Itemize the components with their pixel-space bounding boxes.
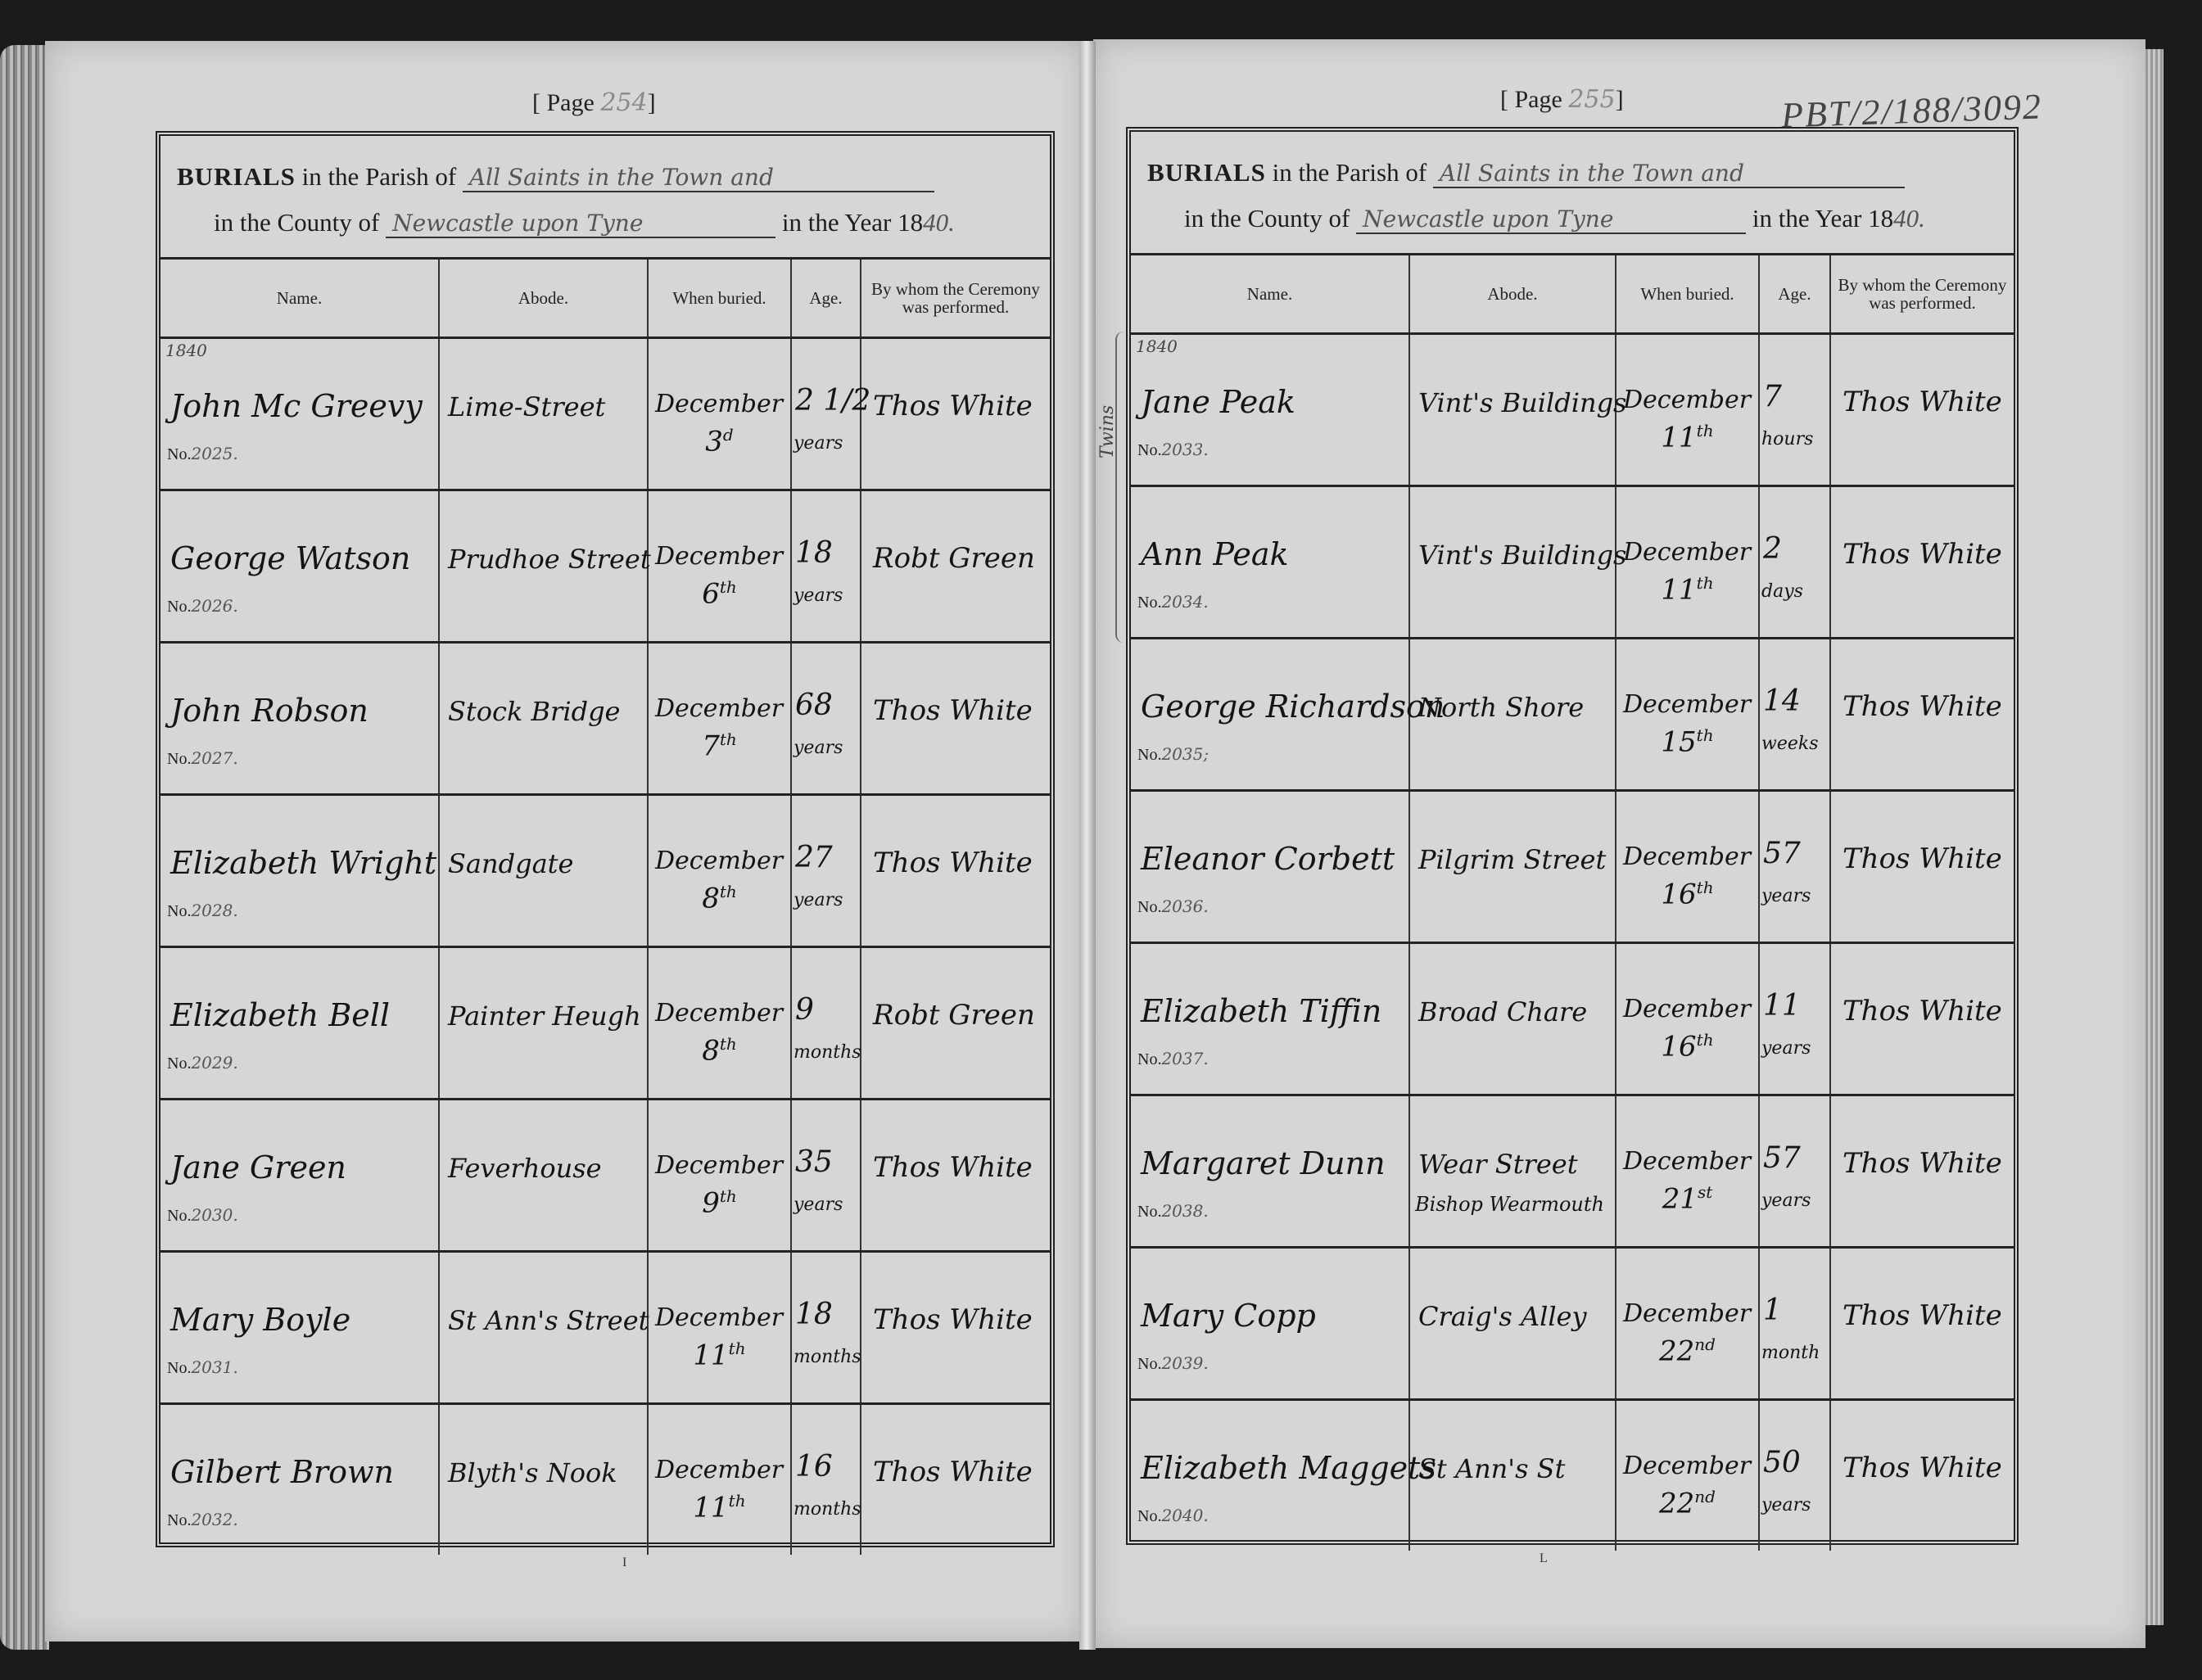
entry-number: No.2036. (1137, 896, 1209, 917)
entry-no-value: 2030. (191, 1205, 237, 1225)
abode-value: Broad Chare (1418, 996, 1587, 1027)
when-buried-cell: December 16th (1616, 791, 1759, 943)
deceased-name: Eleanor Corbett (1141, 841, 1395, 877)
deceased-name: George Watson (170, 540, 410, 576)
age-value: 50 (1763, 1446, 1801, 1479)
day-suffix: th (720, 1034, 737, 1054)
abode-cell: Stock Bridge (439, 643, 648, 795)
entry-no-value: 2038. (1161, 1201, 1208, 1221)
abode-cell: Sandgate (439, 795, 648, 947)
day-suffix: th (720, 577, 737, 597)
day-number: 21 (1662, 1182, 1698, 1215)
column-header-name: Name. (161, 259, 439, 338)
burial-month: December (655, 694, 783, 723)
abode-value: Pilgrim Street (1418, 844, 1606, 875)
left-footer-mark: I (622, 1556, 626, 1570)
abode-cell: Painter Heugh (439, 947, 648, 1100)
burial-month: December (655, 1151, 783, 1180)
name-cell: Elizabeth Maggets No.2040. (1131, 1400, 1409, 1551)
entry-number: No.2030. (167, 1205, 238, 1226)
officiant-name: Thos White (1843, 1147, 2002, 1180)
deceased-name: John Robson (170, 693, 369, 729)
county-line: in the County of Newcastle upon Tyne in … (214, 208, 955, 238)
left-page-number: [ Page 254] (532, 88, 656, 117)
book-page-edges-right (2145, 49, 2164, 1625)
table-row: Margaret Dunn No.2038. Wear Street Bisho… (1131, 1095, 2014, 1248)
age-unit: weeks (1761, 734, 1819, 754)
officiant-name: Thos White (1843, 842, 2002, 875)
age-cell: 27 years (791, 795, 861, 947)
abode-value: Wear Street (1418, 1149, 1578, 1180)
entry-no-value: 2034. (1161, 592, 1208, 612)
age-value: 35 (795, 1145, 833, 1179)
entry-no-prefix: No. (167, 1055, 191, 1073)
deceased-name: George Richardson (1141, 689, 1445, 725)
age-cell: 11 years (1759, 943, 1830, 1095)
entry-number: No.2039. (1137, 1353, 1209, 1374)
age-unit: months (794, 1499, 861, 1520)
officiant-name: Robt Green (873, 999, 1035, 1032)
entry-no-value: 2029. (191, 1053, 237, 1073)
when-buried-cell: December 11th (1616, 334, 1759, 486)
officiant-cell: Thos White (1830, 791, 2014, 943)
age-value: 68 (795, 689, 833, 722)
day-number: 3 (705, 425, 723, 458)
officiant-cell: Thos White (861, 1100, 1050, 1252)
burial-month: December (1623, 1452, 1751, 1480)
age-value: 57 (1763, 837, 1801, 870)
officiant-name: Thos White (873, 390, 1033, 422)
entry-no-prefix: No. (1137, 746, 1161, 764)
day-number: 6 (702, 577, 720, 610)
margin-note-twins: Twins (1097, 405, 1118, 458)
table-header-row: Name. Abode. When buried. Age. By whom t… (1131, 255, 2014, 334)
deceased-name: Jane Green (170, 1149, 346, 1185)
day-suffix: th (729, 1491, 746, 1511)
column-header-when-buried: When buried. (648, 259, 791, 338)
abode-cell: Feverhouse (439, 1100, 648, 1252)
day-number: 22 (1659, 1487, 1694, 1520)
abode-cell: North Shore (1409, 639, 1616, 791)
officiant-name: Thos White (1843, 995, 2002, 1027)
age-cell: 7 hours (1759, 334, 1830, 486)
entry-number: No.2034. (1137, 592, 1209, 612)
entry-number: No.2031. (167, 1357, 238, 1378)
day-suffix: nd (1694, 1335, 1716, 1354)
abode-value: St Ann's St (1418, 1453, 1565, 1484)
entry-no-prefix: No. (1137, 594, 1161, 612)
page-label: [ Page (1500, 86, 1562, 113)
year-prefix: in the Year 18 (782, 208, 923, 237)
abode-value: Stock Bridge (448, 696, 620, 727)
burial-month: December (1623, 1299, 1751, 1328)
name-cell: Elizabeth Bell No.2029. (161, 947, 439, 1100)
officiant-cell: Thos White (1830, 334, 2014, 486)
when-buried-cell: December 11th (648, 1404, 791, 1556)
day-suffix: th (720, 882, 737, 901)
entry-no-value: 2026. (191, 596, 237, 616)
page-close: ] (1616, 86, 1624, 113)
table-row: Elizabeth Wright No.2028. Sandgate Decem… (161, 795, 1050, 947)
burials-label: BURIALS (177, 162, 296, 191)
age-cell: 16 months (791, 1404, 861, 1556)
entry-no-value: 2035; (1161, 744, 1209, 764)
entry-number: No.2025. (167, 444, 238, 464)
register-heading: BURIALS in the Parish of All Saints in t… (1131, 132, 2014, 255)
burial-month: December (1623, 538, 1751, 567)
table-row: Gilbert Brown No.2032. Blyth's Nook Dece… (161, 1404, 1050, 1556)
burial-day: 11th (649, 1491, 790, 1524)
day-number: 9 (702, 1186, 720, 1219)
burial-day: 15th (1616, 725, 1758, 758)
officiant-cell: Thos White (861, 1252, 1050, 1404)
officiant-name: Thos White (1843, 1299, 2002, 1332)
age-value: 14 (1763, 684, 1801, 718)
entry-number: No.2027. (167, 748, 238, 769)
entry-no-value: 2027. (191, 748, 237, 768)
parish-line: BURIALS in the Parish of All Saints in t… (1147, 158, 1905, 188)
left-register-frame: BURIALS in the Parish of All Saints in t… (156, 131, 1055, 1547)
county-value: Newcastle upon Tyne (1356, 205, 1746, 234)
deceased-name: John Mc Greevy (170, 388, 423, 424)
officiant-cell: Thos White (1830, 943, 2014, 1095)
year-mark: 1840 (1136, 336, 1178, 356)
day-number: 22 (1659, 1335, 1694, 1367)
officiant-name: Thos White (1843, 1452, 2002, 1484)
abode-value: North Shore (1418, 692, 1584, 723)
burial-day: 3d (649, 425, 790, 458)
name-cell: Mary Boyle No.2031. (161, 1252, 439, 1404)
name-cell: 1840 Jane Peak No.2033. (1131, 334, 1409, 486)
parish-prefix: in the Parish of (302, 162, 457, 191)
age-cell: 2 days (1759, 486, 1830, 639)
entry-no-prefix: No. (167, 750, 191, 768)
abode-value: Craig's Alley (1418, 1301, 1587, 1332)
day-number: 11 (1661, 573, 1696, 606)
entry-number: No.2032. (167, 1510, 238, 1530)
officiant-name: Thos White (873, 694, 1033, 727)
page-number-value: 254 (600, 88, 647, 117)
entry-number: No.2028. (167, 901, 238, 921)
day-number: 8 (702, 1034, 720, 1067)
burial-day: 11th (649, 1339, 790, 1371)
name-cell: Margaret Dunn No.2038. (1131, 1095, 1409, 1248)
age-value: 27 (795, 841, 833, 874)
abode-cell: Wear Street Bishop Wearmouth (1409, 1095, 1616, 1248)
name-cell: Eleanor Corbett No.2036. (1131, 791, 1409, 943)
entry-number: No.2038. (1137, 1201, 1209, 1222)
officiant-cell: Thos White (1830, 639, 2014, 791)
deceased-name: Elizabeth Bell (170, 997, 390, 1033)
abode-cell: Vint's Buildings (1409, 334, 1616, 486)
officiant-name: Thos White (873, 1303, 1033, 1336)
age-unit: hours (1761, 429, 1813, 449)
burial-day: 22nd (1616, 1487, 1758, 1520)
column-header-officiant: By whom the Ceremony was performed. (1830, 255, 2014, 334)
column-header-abode: Abode. (1409, 255, 1616, 334)
age-cell: 1 month (1759, 1248, 1830, 1400)
name-cell: John Robson No.2027. (161, 643, 439, 795)
age-unit: years (794, 433, 843, 454)
page-number-value: 255 (1568, 85, 1615, 114)
age-cell: 9 months (791, 947, 861, 1100)
age-unit: years (1761, 1495, 1811, 1515)
column-header-age: Age. (1759, 255, 1830, 334)
county-line: in the County of Newcastle upon Tyne in … (1184, 204, 1925, 234)
burial-month: December (655, 542, 783, 571)
deceased-name: Margaret Dunn (1141, 1145, 1386, 1181)
age-unit: years (1761, 1038, 1811, 1059)
name-cell: Elizabeth Wright No.2028. (161, 795, 439, 947)
entry-no-prefix: No. (1137, 898, 1161, 916)
age-value: 1 (1763, 1294, 1782, 1327)
burial-day: 16th (1616, 1030, 1758, 1063)
parish-value: All Saints in the Town and (1433, 160, 1905, 188)
name-cell: 1840 John Mc Greevy No.2025. (161, 338, 439, 490)
burial-month: December (655, 999, 783, 1027)
when-buried-cell: December 8th (648, 795, 791, 947)
age-unit: days (1761, 581, 1803, 602)
burial-month: December (1623, 995, 1751, 1023)
abode-value: Painter Heugh (448, 1000, 641, 1032)
entry-no-value: 2040. (1161, 1506, 1208, 1525)
age-value: 18 (795, 1298, 833, 1331)
name-cell: George Watson No.2026. (161, 490, 439, 643)
day-number: 16 (1661, 878, 1696, 910)
day-suffix: th (1697, 573, 1714, 593)
age-value: 11 (1763, 989, 1801, 1023)
entry-no-prefix: No. (1137, 1203, 1161, 1221)
abode-cell: Craig's Alley (1409, 1248, 1616, 1400)
day-number: 15 (1661, 725, 1696, 758)
officiant-cell: Thos White (861, 1404, 1050, 1556)
table-row: Mary Boyle No.2031. St Ann's Street Dece… (161, 1252, 1050, 1404)
table-row: Jane Green No.2030. Feverhouse December … (161, 1100, 1050, 1252)
abode-value: Vint's Buildings (1418, 387, 1626, 418)
parish-line: BURIALS in the Parish of All Saints in t… (177, 162, 934, 192)
table-row: 1840 Jane Peak No.2033. Vint's Buildings… (1131, 334, 2014, 486)
deceased-name: Mary Copp (1141, 1298, 1316, 1334)
burial-month: December (1623, 842, 1751, 871)
register-heading: BURIALS in the Parish of All Saints in t… (161, 136, 1050, 259)
county-value: Newcastle upon Tyne (386, 210, 775, 238)
age-value: 7 (1763, 380, 1782, 413)
burial-month: December (1623, 690, 1751, 719)
age-value: 57 (1763, 1141, 1801, 1175)
officiant-name: Thos White (1843, 690, 2002, 723)
age-unit: years (794, 738, 843, 758)
officiant-name: Thos White (873, 1456, 1033, 1488)
burial-month: December (1623, 1147, 1751, 1176)
burial-day: 11th (1616, 421, 1758, 454)
entry-no-prefix: No. (1137, 1050, 1161, 1068)
name-cell: Jane Green No.2030. (161, 1100, 439, 1252)
deceased-name: Elizabeth Maggets (1141, 1450, 1436, 1486)
entry-no-prefix: No. (1137, 1507, 1161, 1525)
when-buried-cell: December 22nd (1616, 1400, 1759, 1551)
age-cell: 50 years (1759, 1400, 1830, 1551)
age-unit: years (1761, 1190, 1811, 1211)
when-buried-cell: December 9th (648, 1100, 791, 1252)
abode-line-2: Bishop Wearmouth (1415, 1193, 1604, 1216)
entry-no-prefix: No. (167, 1207, 191, 1225)
entry-number: No.2033. (1137, 440, 1209, 460)
age-value: 2 1/2 (795, 384, 870, 418)
entry-no-prefix: No. (167, 1511, 191, 1529)
burials-label: BURIALS (1147, 158, 1266, 187)
officiant-cell: Robt Green (861, 947, 1050, 1100)
age-cell: 18 years (791, 490, 861, 643)
day-number: 8 (702, 882, 720, 915)
when-buried-cell: December 15th (1616, 639, 1759, 791)
abode-value: St Ann's Street (448, 1305, 649, 1336)
column-header-abode: Abode. (439, 259, 648, 338)
abode-value: Lime-Street (448, 391, 605, 422)
burial-day: 9th (649, 1186, 790, 1219)
column-header-officiant: By whom the Ceremony was performed. (861, 259, 1050, 338)
year-mark: 1840 (165, 341, 207, 360)
age-unit: years (794, 890, 843, 910)
age-cell: 57 years (1759, 791, 1830, 943)
age-cell: 18 months (791, 1252, 861, 1404)
age-unit: years (1761, 886, 1811, 906)
entry-no-value: 2036. (1161, 896, 1208, 916)
page-close: ] (648, 89, 656, 116)
table-row: Elizabeth Maggets No.2040. St Ann's St D… (1131, 1400, 2014, 1551)
when-buried-cell: December 11th (1616, 486, 1759, 639)
officiant-name: Thos White (873, 847, 1033, 879)
abode-value: Sandgate (448, 848, 573, 879)
name-cell: Elizabeth Tiffin No.2037. (1131, 943, 1409, 1095)
entry-no-prefix: No. (167, 598, 191, 616)
deceased-name: Jane Peak (1141, 384, 1295, 420)
table-header-row: Name. Abode. When buried. Age. By whom t… (161, 259, 1050, 338)
abode-cell: Lime-Street (439, 338, 648, 490)
table-row: Elizabeth Bell No.2029. Painter Heugh De… (161, 947, 1050, 1100)
entry-no-value: 2037. (1161, 1049, 1208, 1068)
name-cell: Mary Copp No.2039. (1131, 1248, 1409, 1400)
name-cell: George Richardson No.2035; (1131, 639, 1409, 791)
when-buried-cell: December 16th (1616, 943, 1759, 1095)
entry-no-value: 2025. (191, 444, 237, 463)
age-value: 2 (1763, 532, 1782, 566)
day-suffix: d (723, 425, 734, 445)
day-suffix: th (1697, 725, 1714, 745)
abode-value: Vint's Buildings (1418, 540, 1626, 571)
abode-cell: Broad Chare (1409, 943, 1616, 1095)
officiant-cell: Thos White (861, 643, 1050, 795)
burial-month: December (1623, 386, 1751, 414)
day-number: 11 (693, 1491, 728, 1524)
officiant-name: Robt Green (873, 542, 1035, 575)
twins-brace (1115, 332, 1125, 643)
burial-month: December (655, 1303, 783, 1332)
age-unit: months (794, 1347, 861, 1367)
parish-prefix: in the Parish of (1273, 158, 1427, 187)
officiant-cell: Thos White (1830, 486, 2014, 639)
abode-cell: Vint's Buildings (1409, 486, 1616, 639)
burial-day: 8th (649, 1034, 790, 1067)
officiant-name: Thos White (873, 1151, 1033, 1184)
table-row: Mary Copp No.2039. Craig's Alley Decembe… (1131, 1248, 2014, 1400)
table-row: John Robson No.2027. Stock Bridge Decemb… (161, 643, 1050, 795)
age-value: 18 (795, 536, 833, 570)
table-row: 1840 John Mc Greevy No.2025. Lime-Street… (161, 338, 1050, 490)
burial-register-table: Name. Abode. When buried. Age. By whom t… (1131, 253, 2014, 1551)
entry-no-value: 2032. (191, 1510, 237, 1529)
day-number: 11 (1661, 421, 1696, 454)
table-row: George Watson No.2026. Prudhoe Street De… (161, 490, 1050, 643)
burial-month: December (655, 847, 783, 875)
age-unit: months (794, 1042, 861, 1063)
burial-day: 11th (1616, 573, 1758, 606)
right-page-number: [ Page 255] (1500, 85, 1624, 114)
day-suffix: st (1698, 1182, 1712, 1202)
table-row: George Richardson No.2035; North Shore D… (1131, 639, 2014, 791)
entry-number: No.2026. (167, 596, 238, 616)
column-header-when-buried: When buried. (1616, 255, 1759, 334)
entry-no-value: 2028. (191, 901, 237, 920)
day-number: 16 (1661, 1030, 1696, 1063)
age-value: 16 (795, 1450, 833, 1484)
age-cell: 14 weeks (1759, 639, 1830, 791)
burial-day: 6th (649, 577, 790, 610)
age-unit: years (794, 585, 843, 606)
when-buried-cell: December 22nd (1616, 1248, 1759, 1400)
burial-day: 21st (1616, 1182, 1758, 1215)
parish-value: All Saints in the Town and (463, 164, 934, 192)
officiant-name: Thos White (1843, 538, 2002, 571)
when-buried-cell: December 21st (1616, 1095, 1759, 1248)
table-row: Eleanor Corbett No.2036. Pilgrim Street … (1131, 791, 2014, 943)
name-cell: Gilbert Brown No.2032. (161, 1404, 439, 1556)
entry-no-prefix: No. (1137, 441, 1161, 459)
day-number: 7 (702, 729, 720, 762)
officiant-cell: Thos White (1830, 1248, 2014, 1400)
deceased-name: Gilbert Brown (170, 1454, 394, 1490)
when-buried-cell: December 6th (648, 490, 791, 643)
abode-value: Blyth's Nook (448, 1457, 617, 1488)
day-suffix: th (1697, 1030, 1714, 1050)
entry-number: No.2040. (1137, 1506, 1209, 1526)
name-cell: Ann Peak No.2034. (1131, 486, 1409, 639)
column-header-name: Name. (1131, 255, 1409, 334)
entry-number: No.2029. (167, 1053, 238, 1073)
entry-no-value: 2033. (1161, 440, 1208, 459)
officiant-cell: Thos White (1830, 1095, 2014, 1248)
abode-value: Feverhouse (448, 1153, 602, 1184)
officiant-name: Thos White (1843, 386, 2002, 418)
age-unit: month (1761, 1343, 1820, 1363)
entry-no-prefix: No. (167, 1359, 191, 1377)
when-buried-cell: December 11th (648, 1252, 791, 1404)
page-label: [ Page (532, 89, 595, 116)
entry-no-prefix: No. (1137, 1355, 1161, 1373)
burial-day: 22nd (1616, 1335, 1758, 1367)
book-page-edges-left (0, 45, 49, 1650)
year-prefix: in the Year 18 (1752, 204, 1893, 233)
when-buried-cell: December 3d (648, 338, 791, 490)
entry-no-prefix: No. (167, 902, 191, 920)
right-register-frame: BURIALS in the Parish of All Saints in t… (1126, 127, 2019, 1545)
year-value: 40. (1893, 204, 1925, 233)
officiant-cell: Thos White (861, 795, 1050, 947)
abode-cell: Prudhoe Street (439, 490, 648, 643)
burial-month: December (655, 1456, 783, 1484)
deceased-name: Mary Boyle (170, 1302, 350, 1338)
day-suffix: nd (1694, 1487, 1716, 1506)
abode-value: Prudhoe Street (448, 544, 651, 575)
